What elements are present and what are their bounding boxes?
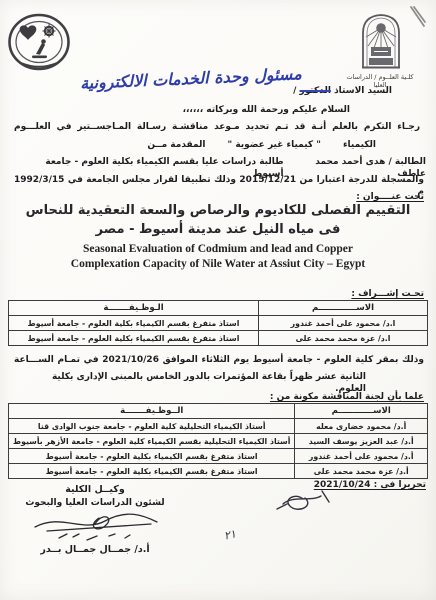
salutation-prefix: السيد الاستاذ <box>334 86 392 96</box>
submitted-by-label: المقدمة مــن <box>147 139 205 151</box>
thesis-title-english-line2: Complexation Capacity of Nile Water at A… <box>0 257 436 272</box>
dean-title-line1: وكيــل الكلية <box>10 484 180 495</box>
university-logo-icon <box>356 9 406 73</box>
specialty-label: " كيمياء غير عضوية " <box>228 139 321 151</box>
table-row: أ.د/ محمود خضارى معله أستاذ الكيمياء الت… <box>9 419 428 434</box>
committee-header-row: الاســــــــــــم الــوظـيفـــــــة <box>9 404 428 419</box>
dean-title-line2: لشئون الدراسات العليا والبحوث <box>10 498 180 508</box>
under-title-heading: تحت عنــــوان : <box>356 191 424 203</box>
table-row: أ.د/ محمود على أحمد غندور استاذ متفرغ بق… <box>9 449 428 464</box>
committee-member-name: أ.د/ محمود خضارى معله <box>295 419 428 434</box>
field-label: الكيمياء <box>343 139 376 151</box>
table-row: ا.د/ عزة محمد محمد على استاذ متفرغ بقسم … <box>9 331 428 346</box>
thesis-title-arabic-line1: التقييم الفصلى للكاديوم والرصاص والسعة ا… <box>0 203 436 218</box>
committee-heading: علما بأن لجنة المناقشة مكونة من : <box>270 391 424 403</box>
dean-name: أ.د/ جمــال جمــال بــدر <box>10 544 180 555</box>
dean-signature <box>25 509 165 543</box>
supervision-header-row: الاســـــــــــــم الـوظـيفـــــــة <box>9 301 428 316</box>
supervisor-name: ا.د/ عزة محمد محمد على <box>259 331 428 346</box>
committee-column-header-name: الاســــــــــــم <box>295 404 428 419</box>
greeting-line: السلام عليكم ورحمة الله وبركاته ،،،،،، <box>183 104 350 116</box>
salutation-separator: / <box>293 86 296 96</box>
committee-member-position: أستاذ الكيمياء التحليلية بقسم الكيمياء ك… <box>9 434 295 449</box>
supervision-table: الاســـــــــــــم الـوظـيفـــــــة ا.د/… <box>8 300 428 346</box>
supervision-heading: تحـت إشـــراف : <box>351 288 424 300</box>
committee-member-name: أ.د/ محمود على أحمد غندور <box>295 449 428 464</box>
committee-member-name: أ.د/ عبد العزيز يوسف السيد <box>295 434 428 449</box>
committee-member-position: استاذ متفرغ بقسم الكيمياء بكلية العلوم -… <box>9 464 295 479</box>
thesis-title-arabic-line2: فى مياه النيل عند مدينة أسيوط - مصر <box>0 222 436 237</box>
logo-caption-line1: كلـية العلــوم / الدراسات <box>326 73 434 81</box>
handwritten-date: ٢٤/١٠/٢١ <box>225 527 237 543</box>
dean-signature-block: وكيــل الكلية لشئون الدراسات العليا والب… <box>10 484 180 555</box>
table-row: ا.د/ محمود على أحمد غندور استاذ متفرغ بق… <box>9 316 428 331</box>
handwritten-signature: ٢٤/١٠/٢١ <box>225 487 340 543</box>
committee-member-name: أ.د/ عزة محمد محمد على <box>295 464 428 479</box>
pen-mark-icon <box>408 5 428 31</box>
document-page: كلـية العلــوم / الدراسات العليا السيد ا… <box>0 0 436 600</box>
committee-member-position: أستاذ الكيمياء التحليلية كلية العلوم - ج… <box>9 419 295 434</box>
supervisor-name: ا.د/ محمود على أحمد غندور <box>259 316 428 331</box>
supervision-column-header-position: الـوظـيفـــــــة <box>9 301 259 316</box>
body-line-2: الكيمياء " كيمياء غير عضوية " المقدمة مـ… <box>14 139 376 151</box>
committee-member-position: استاذ متفرغ بقسم الكيمياء بكلية العلوم -… <box>9 449 295 464</box>
supervisor-position: استاذ متفرغ بقسم الكيمياء بكلية العلوم -… <box>9 331 259 346</box>
body-line-1: رجـاء التكرم بالعلم أنـة قد تـم تحديد مـ… <box>14 121 420 133</box>
venue-line-1: وذلك بمقر كلية العلوم - جامعة أسيوط يوم … <box>14 354 424 366</box>
supervisor-position: استاذ متفرغ بقسم الكيمياء بكلية العلوم -… <box>9 316 259 331</box>
committee-column-header-position: الــوظـيفـــــــة <box>9 404 295 419</box>
supervision-column-header-name: الاســـــــــــــم <box>259 301 428 316</box>
table-row: أ.د/ عزة محمد محمد على استاذ متفرغ بقسم … <box>9 464 428 479</box>
faculty-seal-icon <box>6 13 72 75</box>
committee-table: الاســــــــــــم الــوظـيفـــــــة أ.د/… <box>8 403 428 479</box>
written-on-label: تحريرا فى : <box>374 480 426 490</box>
table-row: أ.د/ عبد العزيز يوسف السيد أستاذ الكيميا… <box>9 434 428 449</box>
salutation-line: السيد الاستاذ الدكتور / <box>293 85 392 97</box>
thesis-title-english-line1: Seasonal Evaluation of Codmium and lead … <box>0 242 436 257</box>
handwritten-recipient: مسئول وحدة الخدمات الالكترونية <box>80 64 302 93</box>
salutation-struck-word: الدكتور <box>300 86 331 96</box>
